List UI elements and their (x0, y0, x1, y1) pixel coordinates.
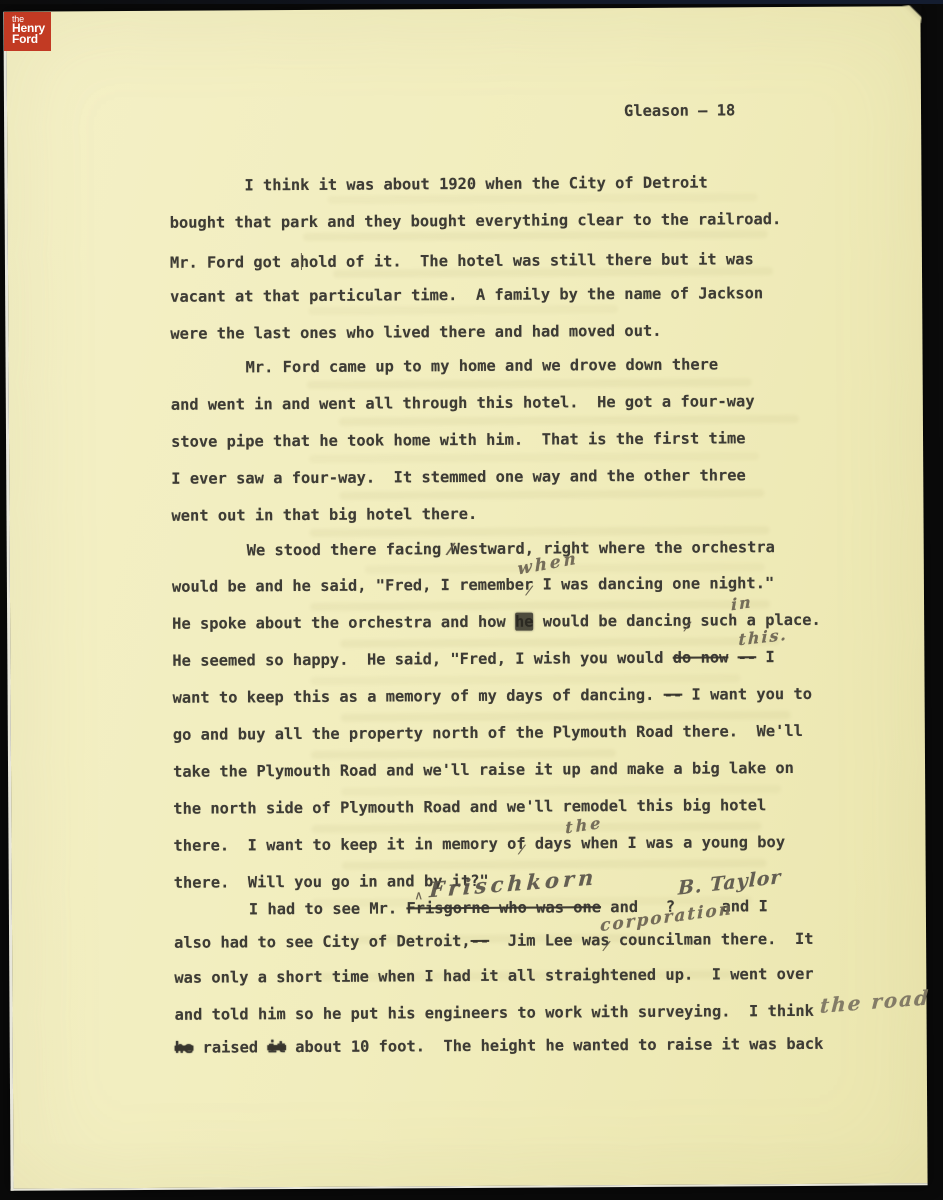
typed-line: and told him so he put his engineers to … (174, 999, 930, 1024)
showthrough-line (309, 452, 759, 463)
typed-line: go and buy all the property north of the… (173, 722, 803, 744)
typed-text: about 10 foot. The height he wanted to r… (286, 1035, 824, 1056)
typed-text: was only a short time when I had it all … (174, 965, 813, 987)
insertion-caret-mark: ∧ (414, 888, 423, 902)
typed-line: We stood there facing /Westward, right w… (172, 537, 775, 560)
showthrough-line (339, 489, 764, 500)
typed-text: such a place. (691, 611, 821, 630)
typed-text: want to keep this as a memory of my days… (173, 686, 664, 707)
blacked-out-text: he (515, 613, 534, 631)
typed-line: He spoke about the orchestra and how he … (172, 611, 821, 633)
typed-line: were the last ones who lived there and h… (170, 322, 661, 343)
pencil-stroke-mark (301, 253, 302, 270)
showthrough-line (340, 637, 780, 648)
typed-line: he raised it about 10 foot. The height h… (175, 1035, 824, 1057)
showthrough-line (310, 526, 770, 537)
document-body: I think it was about 1920 when the City … (6, 6, 920, 12)
handwritten-text: B. Taylor (678, 868, 782, 898)
typed-line: Mr. Ford got ahold of it. The hotel was … (170, 247, 754, 272)
handwritten-text: this. (738, 626, 788, 650)
typed-text: there. I want to keep it in memory of (173, 835, 525, 855)
struck-typed-text: -- (738, 648, 757, 666)
typed-line: and went in and went all through this ho… (171, 392, 755, 414)
typed-text: I had to see Mr. (249, 899, 407, 918)
typed-text: councilman there. It (610, 930, 814, 949)
typed-line: would be and he said, "Fred, I remember/… (172, 574, 774, 596)
showthrough-line (303, 230, 768, 241)
paper-corner-fold (895, 5, 921, 23)
typed-text: vacant at that particular time. A family… (170, 284, 763, 306)
typed-text: I (756, 648, 775, 666)
showthrough-line (307, 378, 752, 389)
showthrough-line (328, 193, 758, 204)
typed-text: would be dancing (533, 612, 691, 631)
typed-text: I think it was about 1920 when the City … (244, 174, 707, 195)
typed-line: stove pipe that he took home with him. T… (171, 429, 746, 451)
typed-text: stove pipe that he took home with him. T… (171, 429, 746, 451)
typed-line: the north side of Plymouth Road and we'l… (173, 796, 766, 818)
showthrough-line (341, 785, 781, 796)
struck-typed-text: -- (471, 932, 490, 950)
typed-text: were the last ones who lived there and h… (170, 322, 661, 343)
typed-line: He seemed so happy. He said, "Fred, I wi… (172, 648, 774, 670)
showthrough-line (308, 305, 618, 315)
typed-text (728, 648, 737, 666)
typed-text: He spoke about the orchestra and how (172, 613, 515, 633)
struck-typed-text: -- (664, 686, 683, 704)
struck-typed-text: do now (673, 648, 729, 666)
handwritten-text: the road (820, 988, 931, 1015)
typed-text: also had to see City of Detroit, (174, 932, 471, 952)
typed-line: vacant at that particular time. A family… (170, 284, 763, 306)
typed-text: Jim Lee was (489, 931, 610, 950)
typed-text: bought that park and they bought everyth… (170, 210, 782, 232)
typed-line: I think it was about 1920 when the City … (169, 174, 707, 195)
typed-line: take the Plymouth Road and we'll raise i… (173, 759, 794, 781)
typed-text: I was dancing one night." (533, 574, 774, 593)
typed-text: and went in and went all through this ho… (171, 392, 755, 414)
typed-text: We stood there facing (247, 540, 451, 559)
typed-line: bought that park and they bought everyth… (170, 210, 782, 232)
typed-text: Mr. Ford came up to my home and we drove… (246, 355, 719, 376)
typed-line: Mr. Ford came up to my home and we drove… (171, 355, 719, 376)
struck-typed-text: he (175, 1039, 194, 1057)
typed-line: there. I want to keep it in memory of/th… (173, 833, 785, 855)
showthrough-line (311, 822, 761, 833)
typed-line: I ever saw a four-way. It stemmed one wa… (171, 466, 746, 488)
typed-text: He seemed so happy. He said, "Fred, I wi… (172, 649, 672, 670)
logo-text-ford: Ford (12, 34, 51, 45)
showthrough-line (310, 674, 740, 685)
scan-background: Gleason — 18 I think it was about 1920 w… (0, 0, 943, 1200)
typed-text: hold of it. The hotel was still there bu… (300, 250, 754, 271)
page-header: Gleason — 18 (624, 101, 735, 120)
typed-line: went out in that big hotel there. (171, 505, 477, 525)
typed-text: Westward, right where the orchestra (451, 538, 775, 558)
typed-text: went out in that big hotel there. (171, 505, 477, 525)
handwritten-annotation: the road (820, 999, 930, 1020)
showthrough-line (310, 600, 770, 611)
typed-text: take the Plymouth Road and we'll raise i… (173, 759, 794, 781)
handwritten-text: in (731, 593, 753, 614)
typed-line: was only a short time when I had it all … (174, 965, 813, 987)
typed-line: want to keep this as a memory of my days… (173, 685, 812, 707)
struck-typed-text: it (267, 1038, 286, 1056)
showthrough-line (311, 749, 616, 759)
typed-text: I ever saw a four-way. It stemmed one wa… (171, 466, 746, 488)
typed-text: the north side of Plymouth Road and we'l… (173, 796, 766, 818)
typed-text: Mr. Ford got a (170, 253, 300, 272)
henry-ford-logo: the Henry Ford (4, 12, 51, 51)
typed-text: would be and he said, "Fred, I remember (172, 576, 533, 596)
typed-text: raised (193, 1038, 267, 1056)
typed-text: I want you to (682, 685, 812, 704)
typed-text: and told him so he put his engineers to … (174, 1002, 813, 1024)
showthrough-line (339, 415, 799, 426)
typed-text: go and buy all the property north of the… (173, 722, 803, 744)
showthrough-line (341, 711, 791, 722)
typed-line: also had to see City of Detroit,-- Jim L… (174, 930, 813, 952)
scanned-page: Gleason — 18 I think it was about 1920 w… (3, 6, 927, 1191)
